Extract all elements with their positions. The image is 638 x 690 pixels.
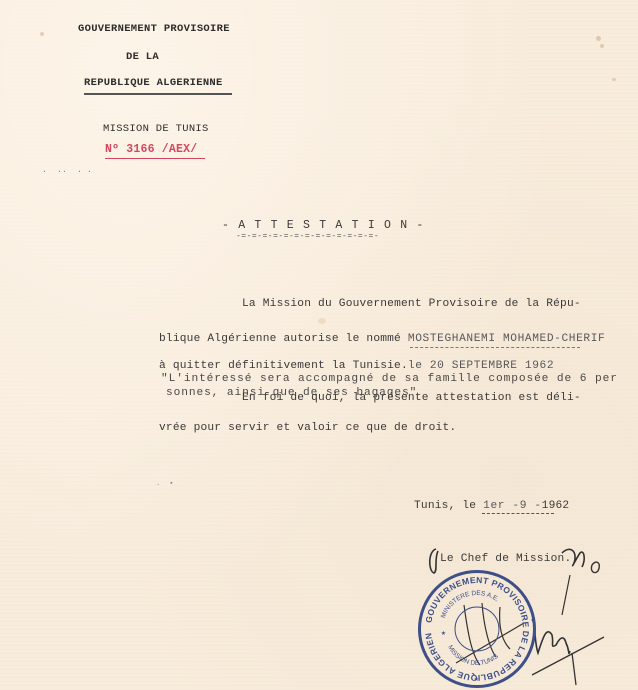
body-line-3-prefix: à quitter définitivement la Tunisie. xyxy=(159,360,408,372)
body-line-2-prefix: blique Algérienne autorise le nommé xyxy=(159,333,408,345)
place-date-line: Tunis, le 1er -9 -1962 xyxy=(414,500,569,512)
header-underline xyxy=(84,93,232,95)
reference-underline xyxy=(105,158,205,159)
body-line-4-family: "L'intéressé sera accompagné de sa famil… xyxy=(161,373,618,385)
body-line-3: à quitter définitivement la Tunisie.le 2… xyxy=(159,360,554,372)
header-de-la: DE LA xyxy=(126,51,159,63)
paper-stain xyxy=(600,44,604,48)
stray-mark: . ▪ xyxy=(156,480,174,488)
official-stamp: GOUVERNEMENT PROVISOIRE DE LA REPUBLIQUE… xyxy=(418,570,536,688)
name-underline xyxy=(410,347,580,348)
signing-date: 1er -9 - xyxy=(483,500,542,512)
paper-stain xyxy=(40,32,44,36)
paper-stain xyxy=(596,36,601,41)
paper-stain xyxy=(612,78,616,81)
paper-stain xyxy=(318,318,326,324)
departure-date: le 20 SEPTEMBRE 1962 xyxy=(408,360,554,372)
svg-text:MISSION DE TUNIS: MISSION DE TUNIS xyxy=(446,644,500,667)
stamp-text-icon: GOUVERNEMENT PROVISOIRE DE LA REPUBLIQUE… xyxy=(421,573,533,685)
title-underline: -=-=-=-=-=-=-=-=-=-=-=-=-=- xyxy=(236,232,379,241)
header-republic: REPUBLIQUE ALGERIENNE xyxy=(84,77,223,89)
body-line-2: blique Algérienne autorise le nommé MOST… xyxy=(159,333,605,345)
mission-label: MISSION DE TUNIS xyxy=(103,123,209,135)
place-prefix: Tunis, le xyxy=(414,500,483,512)
separator-dots: . .. . . xyxy=(42,166,92,175)
signing-year: 1962 xyxy=(542,500,570,512)
header-government: GOUVERNEMENT PROVISOIRE xyxy=(78,23,230,35)
body-line-6: vrée pour servir et valoir ce que de dro… xyxy=(159,422,456,434)
svg-text:★: ★ xyxy=(474,675,479,684)
body-line-1: La Mission du Gouvernement Provisoire de… xyxy=(242,298,581,310)
body-line-5-faith: En foi de quoi, la présente attestation … xyxy=(242,392,581,404)
document-title: - A T T E S T A T I O N - xyxy=(222,219,425,232)
person-name: MOSTEGHANEMI MOHAMED-CHERIF xyxy=(408,333,605,345)
reference-number: Nº 3166 /AEX/ xyxy=(105,143,197,156)
svg-text:★: ★ xyxy=(441,629,446,638)
date-underline xyxy=(482,513,554,514)
